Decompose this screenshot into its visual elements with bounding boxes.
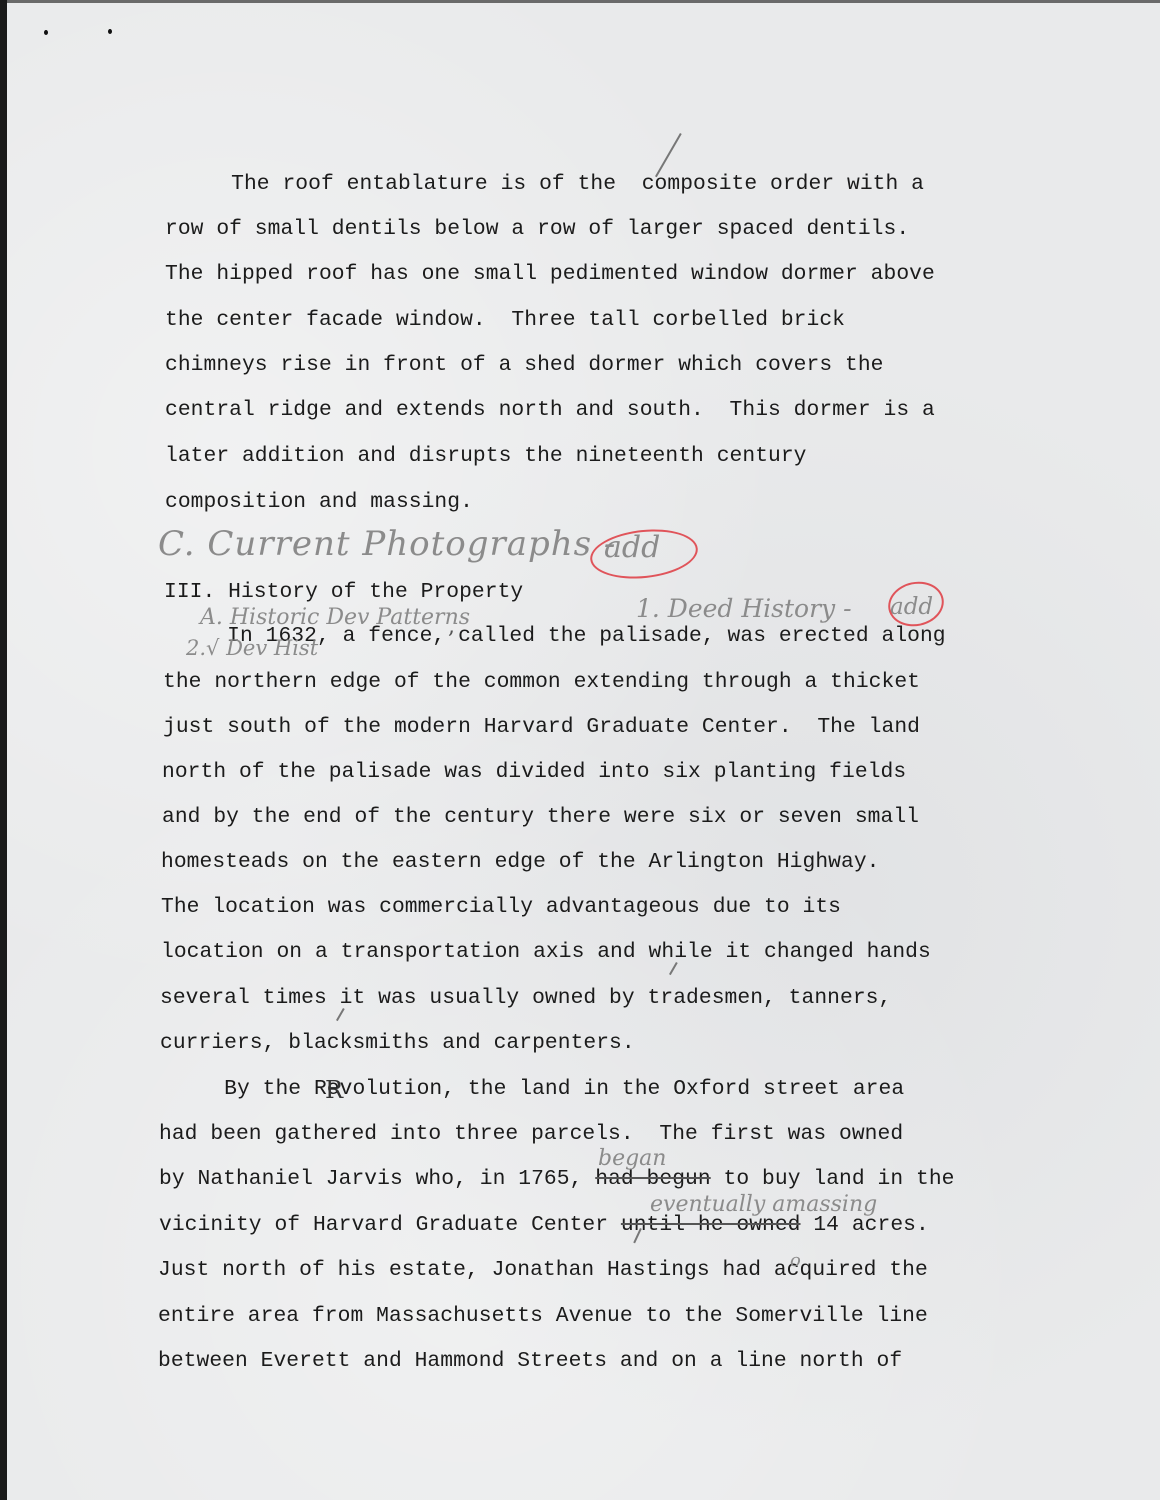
body-line: Just north of his estate, Jonathan Hasti… bbox=[158, 1258, 928, 1282]
body-line: homesteads on the eastern edge of the Ar… bbox=[161, 850, 880, 874]
body-line: curriers, blacksmiths and carpenters. bbox=[160, 1031, 635, 1055]
body-line: location on a transportation axis and wh… bbox=[161, 940, 931, 964]
body-line: north of the palisade was divided into s… bbox=[162, 760, 906, 784]
pencil-comma: , bbox=[448, 614, 455, 639]
body-line: By the Revolution, the land in the Oxfor… bbox=[160, 1077, 904, 1101]
line-text: to buy land in the bbox=[711, 1167, 955, 1191]
section-heading: III. History of the Property bbox=[164, 580, 523, 604]
annotation-current-photographs: C. Current Photographs - bbox=[158, 524, 616, 564]
body-line: the center facade window. Three tall cor… bbox=[165, 308, 845, 332]
body-line: The roof entablature is of the composite… bbox=[167, 172, 924, 196]
body-line: just south of the modern Harvard Graduat… bbox=[163, 715, 920, 739]
line-text: vicinity of Harvard Graduate Center bbox=[159, 1213, 621, 1237]
body-line: and by the end of the century there were… bbox=[162, 805, 919, 829]
body-line: several times it was usually owned by tr… bbox=[160, 986, 891, 1010]
annotation-dev-hist: 2.√ Dev Hist bbox=[186, 636, 318, 660]
pencil-capital-r: R bbox=[325, 1076, 343, 1104]
body-line: The location was commercially advantageo… bbox=[161, 895, 841, 919]
body-line: The hipped roof has one small pedimented… bbox=[165, 262, 935, 286]
typed-page: The roof entablature is of the composite… bbox=[163, 0, 1063, 1500]
body-line: entire area from Massachusetts Avenue to… bbox=[158, 1304, 928, 1328]
annotation-began: began bbox=[598, 1146, 666, 1171]
scan-speck bbox=[108, 29, 112, 34]
body-line: between Everett and Hammond Streets and … bbox=[158, 1349, 902, 1373]
pencil-insertion-mark: o bbox=[790, 1250, 801, 1271]
body-line: by Nathaniel Jarvis who, in 1765, had be… bbox=[159, 1167, 955, 1191]
scan-speck bbox=[44, 30, 48, 35]
body-line: central ridge and extends north and sout… bbox=[165, 398, 935, 422]
body-line: composition and massing. bbox=[165, 490, 473, 514]
annotation-historic-dev-patterns: A. Historic Dev Patterns bbox=[200, 605, 470, 630]
line-text: by Nathaniel Jarvis who, in 1765, bbox=[159, 1167, 595, 1191]
body-line: row of small dentils below a row of larg… bbox=[165, 217, 909, 241]
annotation-deed-history: 1. Deed History - bbox=[636, 594, 852, 623]
body-line: chimneys rise in front of a shed dormer … bbox=[165, 353, 884, 377]
scan-edge-left bbox=[0, 0, 7, 1500]
body-line: had been gathered into three parcels. Th… bbox=[159, 1122, 903, 1146]
body-line: the northern edge of the common extendin… bbox=[163, 670, 920, 694]
body-line: later addition and disrupts the nineteen… bbox=[165, 444, 807, 468]
annotation-eventually-amassing: eventually amassing bbox=[650, 1192, 877, 1217]
